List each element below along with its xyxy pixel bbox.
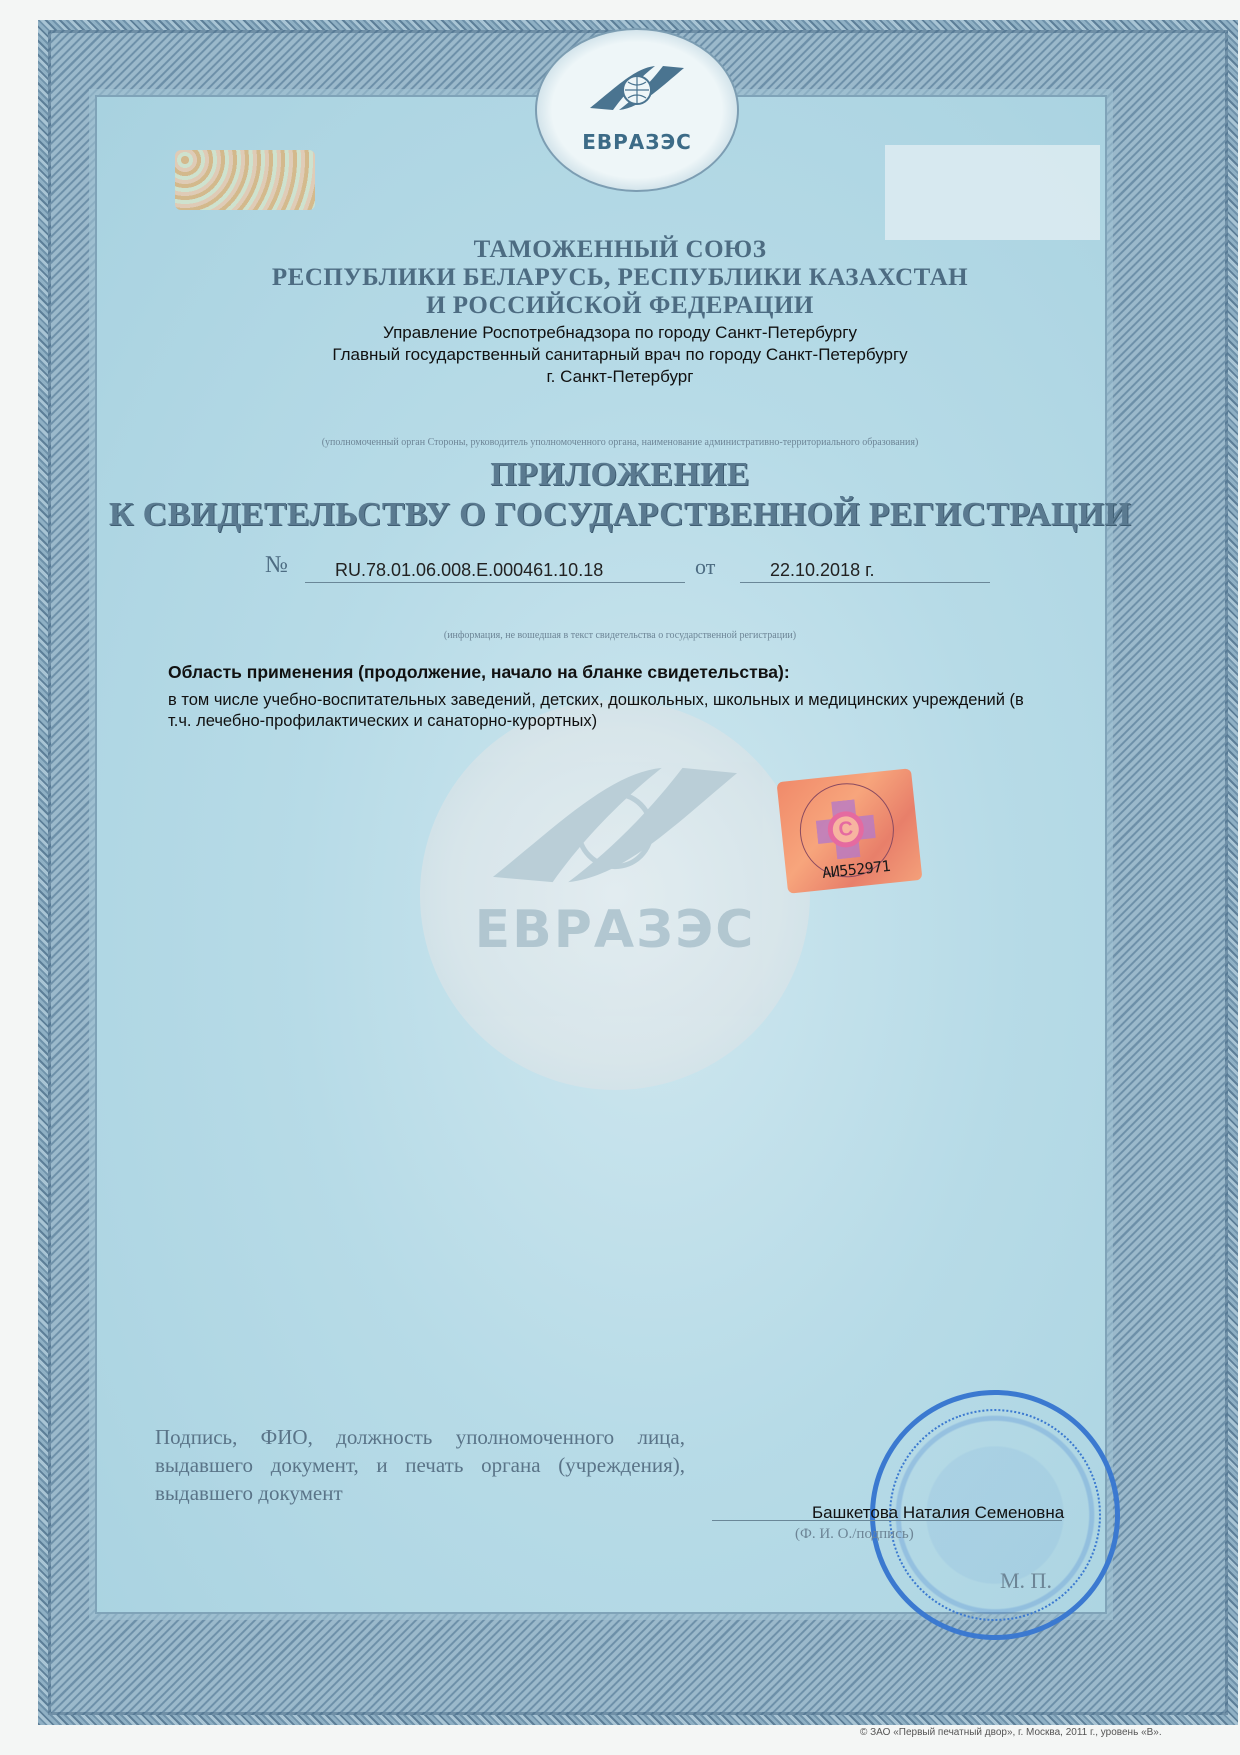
watermark-text: ЕВРАЗЭС bbox=[420, 900, 810, 960]
hologram-sticker: С АИ552971 bbox=[777, 768, 923, 893]
logo-text: ЕВРАЗЭС bbox=[537, 130, 737, 154]
printer-footer: © ЗАО «Первый печатный двор», г. Москва,… bbox=[860, 1727, 1162, 1738]
registration-number-line: № RU.78.01.06.008.Е.000461.10.18 от 22.1… bbox=[265, 556, 990, 586]
signer-name: Башкетова Наталия Семеновна bbox=[812, 1503, 1064, 1523]
registration-caption: (информация, не вошедшая в текст свидете… bbox=[0, 630, 1240, 641]
seal-label: М. П. bbox=[1000, 1568, 1052, 1594]
date-underline bbox=[740, 582, 990, 583]
evrazes-emblem-icon bbox=[585, 58, 689, 118]
scope-heading: Область применения (продолжение, начало … bbox=[168, 662, 790, 683]
authority-line-1: Управление Роспотребнадзора по городу Са… bbox=[0, 322, 1240, 343]
watermark-logo: ЕВРАЗЭС bbox=[420, 700, 810, 1090]
authority-line-2: Главный государственный санитарный врач … bbox=[0, 344, 1240, 365]
evrazes-logo: ЕВРАЗЭС bbox=[535, 28, 739, 192]
watermark-emblem-icon bbox=[480, 745, 750, 905]
title-line-1: ПРИЛОЖЕНИЕ bbox=[0, 456, 1240, 494]
registration-date: 22.10.2018 г. bbox=[770, 560, 874, 581]
signature-caption: (Ф. И. О./подпись) bbox=[795, 1526, 914, 1543]
hologram-strip bbox=[175, 150, 315, 210]
title-line-2: К СВИДЕТЕЛЬСТВУ О ГОСУДАРСТВЕННОЙ РЕГИСТ… bbox=[0, 496, 1240, 534]
signature-instruction: Подпись, ФИО, должность уполномоченного … bbox=[155, 1423, 685, 1507]
security-patch bbox=[885, 145, 1100, 240]
registration-number: RU.78.01.06.008.Е.000461.10.18 bbox=[335, 560, 603, 581]
union-line-1: ТАМОЖЕННЫЙ СОЮЗ bbox=[0, 236, 1240, 264]
union-line-2: РЕСПУБЛИКИ БЕЛАРУСЬ, РЕСПУБЛИКИ КАЗАХСТА… bbox=[0, 264, 1240, 292]
authority-caption: (уполномоченный орган Стороны, руководит… bbox=[0, 437, 1240, 448]
date-label: от bbox=[695, 554, 715, 580]
number-label: № bbox=[265, 552, 288, 579]
scope-text: в том числе учебно-воспитательных заведе… bbox=[168, 690, 1048, 732]
authority-line-3: г. Санкт-Петербург bbox=[0, 366, 1240, 387]
number-underline bbox=[305, 582, 685, 583]
union-line-3: И РОССИЙСКОЙ ФЕДЕРАЦИИ bbox=[0, 292, 1240, 320]
